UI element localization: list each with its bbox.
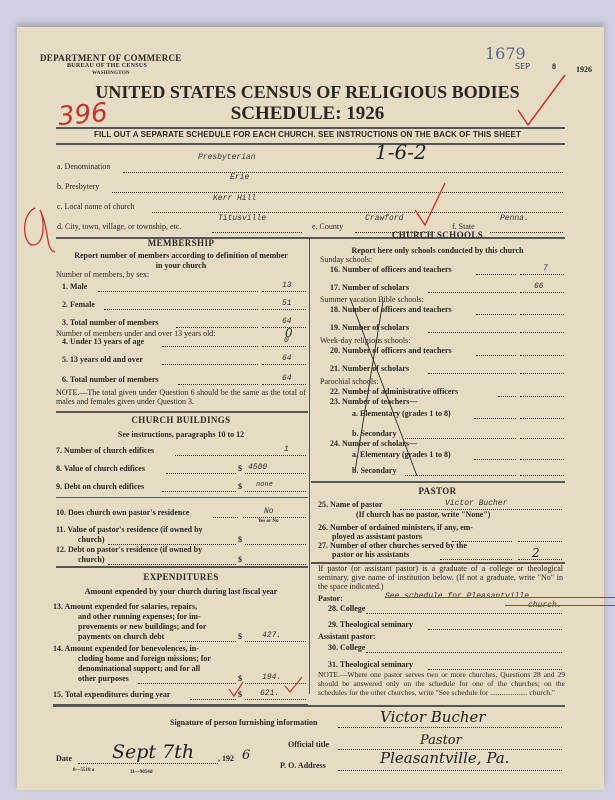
red-checkmark-icon (282, 675, 304, 695)
q9-label: 9. Debt on church edifices (56, 482, 144, 491)
expenditures-subheading: Amount expended by your church during la… (56, 587, 306, 597)
dollar-sign: $ (238, 555, 242, 564)
dotted-line (262, 384, 306, 385)
dotted-line (366, 613, 562, 614)
pastor-heading: PASTOR (310, 486, 565, 496)
expenditures-heading: EXPENDITURES (56, 572, 306, 582)
local-name-label: c. Local name of church (57, 202, 135, 211)
state-field[interactable]: Penna. (500, 214, 529, 223)
presbytery-field[interactable]: Erie (230, 173, 249, 182)
residence-value-field[interactable] (245, 544, 306, 545)
red-strike-line (385, 597, 615, 598)
divider (56, 566, 308, 568)
red-checkmark-icon (410, 180, 450, 230)
assistant-pastor-label: Assistant pastor: (318, 632, 376, 641)
dotted-line (175, 455, 248, 456)
assistant-pastors-field[interactable] (518, 541, 562, 542)
official-title-field[interactable]: Pastor (420, 733, 462, 748)
dotted-line (262, 364, 306, 365)
q12-label-cont: church) (78, 555, 105, 564)
q14-label-cont: other purposes (78, 674, 129, 683)
summer-scholars-field[interactable] (520, 332, 564, 333)
dollar-sign: $ (238, 482, 242, 491)
sunday-scholars-field[interactable]: 66 (534, 282, 544, 291)
q13-label: 13. Amount expended for salaries, repair… (53, 602, 197, 611)
divider (56, 411, 308, 413)
print-code: 11—9054d (130, 770, 153, 775)
dotted-line (245, 473, 306, 474)
q4-label: 4. Under 13 years of age (62, 337, 144, 346)
dotted-line (428, 373, 516, 374)
secondary-teachers-field[interactable] (520, 438, 564, 439)
received-stamp-number: 1679 (485, 44, 526, 63)
divider (56, 143, 565, 145)
q7-label: 7. Number of church edifices (56, 446, 154, 455)
dotted-line (520, 292, 564, 293)
q13-label-cont: provements or new buildings; and for (78, 622, 206, 631)
pastor-name-field[interactable]: Victor Bucher (445, 499, 507, 508)
dotted-line (190, 699, 236, 700)
local-name-field[interactable]: Kerr Hill (213, 194, 256, 203)
dotted-line (262, 291, 306, 292)
q26-label: 26. Number of ordained ministers, if any… (318, 523, 473, 532)
q6-label: 6. Total number of members (62, 375, 159, 384)
dotted-line (162, 346, 258, 347)
dotted-line (245, 641, 306, 642)
red-initial-mark-icon (15, 200, 60, 260)
po-address-label: P. O. Address (280, 761, 326, 770)
dotted-line (243, 455, 306, 456)
church-buildings-heading: CHURCH BUILDINGS (56, 415, 306, 425)
membership-heading: MEMBERSHIP (56, 238, 306, 248)
q31-label: 31. Theological seminary (328, 660, 413, 669)
pastor-label: Pastor: (318, 594, 343, 603)
po-address-field[interactable]: Pleasantville, Pa. (380, 749, 509, 767)
dotted-line (178, 384, 258, 385)
dotted-line (176, 327, 258, 328)
dotted-line (338, 727, 562, 728)
q17-label: 17. Number of scholars (330, 283, 409, 292)
membership-note: NOTE.—The total given under Question 6 s… (56, 388, 306, 406)
divider (56, 127, 565, 129)
q1-label: 1. Male (62, 282, 87, 291)
dotted-line (245, 699, 306, 700)
bureau-name: BUREAU OF THE CENSUS (67, 63, 147, 69)
dotted-line (162, 491, 236, 492)
dotted-line (428, 332, 516, 333)
year-digit-field[interactable]: 6 (242, 748, 250, 763)
weekday-scholars-field[interactable] (520, 373, 564, 374)
q14-label: 14. Amount expended for benevolences, in… (53, 644, 199, 653)
divider (311, 481, 565, 483)
dotted-line (518, 559, 562, 560)
q28-label: 28. College (328, 604, 365, 613)
q10-label: 10. Does church own pastor's residence (56, 508, 189, 517)
q11-label: 11. Value of pastor's residence (if owne… (56, 525, 203, 534)
q8-label: 8. Value of church edifices (56, 464, 145, 473)
form-code: 8—5518 a (73, 768, 94, 773)
denomination-field[interactable]: Presbyterian (198, 153, 256, 162)
dotted-line (212, 232, 302, 233)
total-members-field[interactable]: 64 (282, 317, 292, 326)
admin-officers-field[interactable] (520, 396, 564, 397)
church-schools-heading: CHURCH SCHOOLS (310, 230, 565, 240)
q2-label: 2. Female (62, 300, 95, 309)
q27-label-cont: pastor or his assistants (332, 550, 409, 559)
q14-label-cont: denominational support; and for all (78, 664, 200, 673)
dotted-line (262, 327, 306, 328)
q30-label: 30. College (328, 643, 365, 652)
q13-label-cont: and other running expenses; for im- (78, 612, 201, 621)
dotted-line (498, 396, 516, 397)
sunday-teachers-field[interactable]: 7 (543, 264, 548, 273)
q14-label-cont: cluding home and foreign missions; for (78, 654, 211, 663)
church-edifices-count-field[interactable]: 1 (284, 445, 289, 454)
q11-label-cont: church) (78, 535, 105, 544)
dotted-line (138, 683, 236, 684)
received-stamp-year: 1926 (576, 65, 592, 74)
q12-label: 12. Debt on pastor's residence (if owned… (56, 545, 202, 554)
q25-label: 25. Name of pastor (318, 500, 382, 509)
denomination-label: a. Denomination (57, 162, 110, 171)
q27-label: 27. Number of other churches served by t… (318, 541, 467, 550)
q15-label: 15. Total expenditures during year (53, 690, 170, 699)
dotted-line (166, 473, 236, 474)
q13-label-cont: payments on church debt (78, 632, 164, 641)
church-edifices-value-field[interactable]: 4500 (248, 463, 267, 472)
dotted-line (98, 291, 258, 292)
dotted-line (474, 459, 516, 460)
dotted-line (243, 517, 306, 518)
signature-label: Signature of person furnishing informati… (170, 718, 317, 727)
dotted-line (440, 559, 512, 560)
other-churches-field[interactable]: 2 (532, 546, 540, 560)
dotted-line (112, 192, 563, 193)
red-strike-line (505, 605, 615, 606)
signature-field[interactable]: Victor Bucher (380, 708, 486, 726)
city-field[interactable]: Titusville (218, 214, 266, 223)
running-expenses-field[interactable]: 427. (262, 631, 281, 640)
membership-subheading: Report number of members according to de… (70, 251, 292, 271)
elementary-teachers-field[interactable] (520, 418, 564, 419)
pastor-seminary-field[interactable] (428, 629, 562, 630)
dotted-line (108, 564, 236, 565)
dollar-sign: $ (238, 632, 242, 641)
under-13-field[interactable]: 0 (284, 336, 289, 345)
over-13-field[interactable]: 64 (282, 354, 292, 363)
dotted-line (476, 314, 516, 315)
no-pastor-hint: (If church has no pastor, write "None") (356, 510, 490, 519)
instruction-banner: FILL OUT A SEPARATE SCHEDULE FOR EACH CH… (0, 130, 615, 139)
city-label: d. City, town, village, or township, etc… (57, 222, 181, 231)
dotted-line (152, 212, 563, 213)
dotted-line (162, 364, 258, 365)
q3-label: 3. Total number of members (62, 318, 159, 327)
dotted-line (474, 418, 516, 419)
pen-cross-out-mark-icon (345, 296, 425, 481)
dotted-line (78, 763, 218, 764)
county-field[interactable]: Crawford (365, 214, 403, 223)
yes-or-no-hint: Yes or No (258, 519, 278, 524)
female-count-field[interactable]: 51 (282, 299, 292, 308)
divider (53, 705, 565, 707)
benevolences-field[interactable]: 194. (262, 673, 281, 682)
sunday-schools-label: Sunday schools: (320, 255, 372, 264)
q29-label: 29. Theological seminary (328, 620, 413, 629)
secondary-scholars-field[interactable] (520, 475, 564, 476)
assistant-college-field[interactable] (366, 652, 562, 653)
dotted-line (262, 309, 306, 310)
dollar-sign: $ (238, 535, 242, 544)
dotted-line (476, 355, 516, 356)
dotted-line (123, 172, 563, 173)
city-name: WASHINGTON (92, 71, 130, 76)
date-field[interactable]: Sept 7th (112, 741, 194, 763)
dotted-line (476, 274, 516, 275)
total-members-by-age-field[interactable]: 64 (282, 374, 292, 383)
dotted-line (428, 292, 516, 293)
residence-debt-field[interactable] (245, 564, 306, 565)
divider (56, 497, 308, 498)
red-checkmark-icon (226, 680, 246, 698)
church-edifices-debt-field[interactable]: none (256, 481, 273, 489)
presbytery-label: b. Presbytery (57, 182, 99, 191)
graduate-instructions: If pastor (or assistant pastor) is a gra… (318, 564, 563, 591)
dotted-line (262, 346, 306, 347)
owns-residence-field[interactable]: No (264, 507, 274, 516)
dotted-line (520, 274, 564, 275)
official-title-label: Official title (288, 740, 329, 749)
department-name: DEPARTMENT OF COMMERCE (40, 53, 182, 63)
q16-label: 16. Number of officers and teachers (330, 265, 452, 274)
dotted-line (338, 770, 562, 771)
q26-label-cont: ployed as assistant pastors (332, 532, 422, 541)
dotted-line (245, 491, 306, 492)
summer-teachers-field[interactable] (520, 314, 564, 315)
dotted-line (180, 641, 236, 642)
date-label: Date (56, 754, 72, 763)
elementary-scholars-field[interactable] (520, 459, 564, 460)
weekday-teachers-field[interactable] (520, 355, 564, 356)
year-prefix: , 192 (218, 754, 234, 763)
dotted-line (104, 309, 258, 310)
code-mark: 1-6-2 (375, 140, 427, 164)
male-count-field[interactable]: 13 (282, 281, 292, 290)
pastor-note: NOTE.—Where one pastor serves two or mor… (318, 670, 565, 697)
column-divider (309, 239, 310, 694)
church-buildings-subheading: See instructions, paragraphs 10 to 12 (56, 430, 306, 440)
total-expenditures-field[interactable]: 621. (260, 689, 279, 698)
members-by-sex-label: Number of members, by sex: (56, 270, 149, 279)
dotted-line (213, 517, 238, 518)
q5-label: 5. 13 years old and over (62, 355, 143, 364)
dollar-sign: $ (238, 464, 242, 473)
